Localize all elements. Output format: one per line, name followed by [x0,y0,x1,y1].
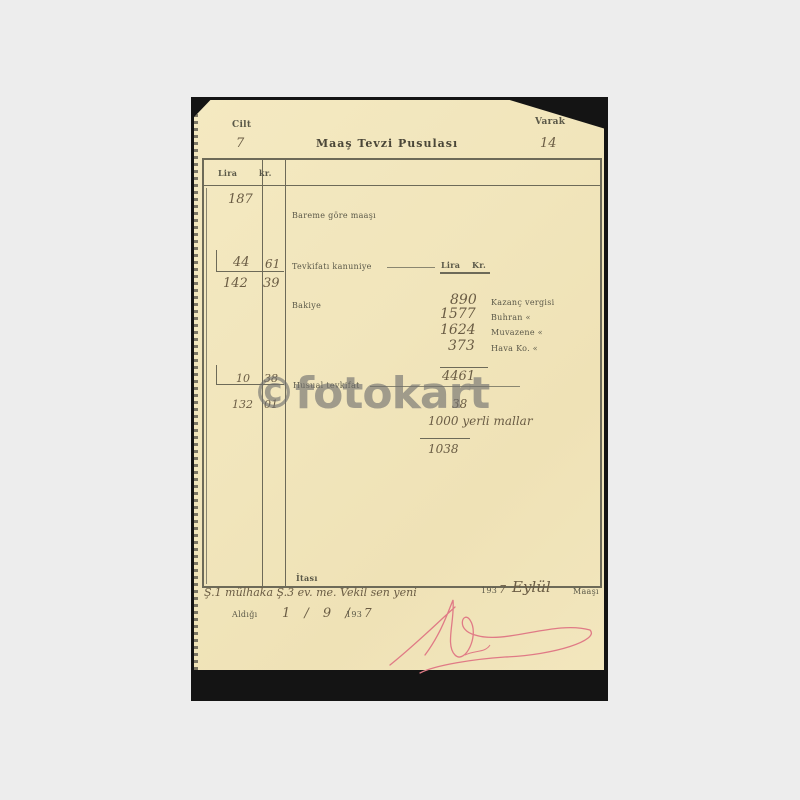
row-tevkifat-label: Tevkifatı kanuniye [292,262,372,271]
subtraction-bracket-bottom [216,271,284,272]
subtraction-bracket-left [216,250,217,272]
row-bareme-lira: 187 [228,192,253,207]
footer-month-hand: Eylül [512,578,551,596]
footer-year-printed: 193 [481,586,497,595]
deduction-amount-muvazene: 1624 [440,322,476,338]
row-bakiye-label: Bakiye [292,301,321,310]
footer-date-year-printed: 193 [346,610,362,619]
sub-header-kurus: Kr. [472,260,486,270]
header-lira: Lira [218,168,237,178]
header-divider [204,185,600,186]
document-title: Maaş Tevzi Pusulası [316,137,458,150]
sub-header-underline [440,272,490,274]
footer-date-year-hand: 7 [364,606,372,620]
row-bakiye-kurus: 39 [263,276,280,291]
footer-date-hand: 1 / 9 / [282,606,355,621]
deduction-label-hava: Hava Ko. « [491,344,538,353]
itasi-label: İtası [296,573,318,583]
varak-value: 14 [540,136,557,151]
husual-bracket-left [216,365,217,385]
deduction-amount-buhran: 1577 [440,306,476,322]
signature-icon [385,595,600,680]
cilt-label: Cilt [232,120,251,130]
row-bakiye-lira: 142 [223,276,248,291]
header-kurus: kr. [259,168,272,178]
row-bareme-label: Bareme göre maaşı [292,211,376,220]
deduction-label-muvazene: Muvazene « [491,328,543,337]
footer-aldigi-label: Aldığı [232,610,258,619]
row-tevkifat-kurus: 61 [265,257,280,271]
tevkifat-dash-line [387,267,435,268]
row-husual-lira: 10 [236,372,250,385]
varak-label: Varak [535,117,565,127]
husual-line-3: 1038 [428,442,459,456]
husual-sum-line [420,438,470,439]
inner-left-rule [206,188,207,584]
row-tevkifat-lira: 44 [233,255,250,270]
deduction-amount-hava: 373 [448,338,475,354]
cilt-value: 7 [236,136,244,151]
row-net-lira: 132 [232,398,253,411]
deduction-label-kazanc: Kazanç vergisi [491,298,555,307]
deduction-label-buhran: Buhran « [491,313,531,322]
fotokart-watermark: ©fotokart [252,372,489,416]
sub-header-lira: Lira [441,260,460,270]
